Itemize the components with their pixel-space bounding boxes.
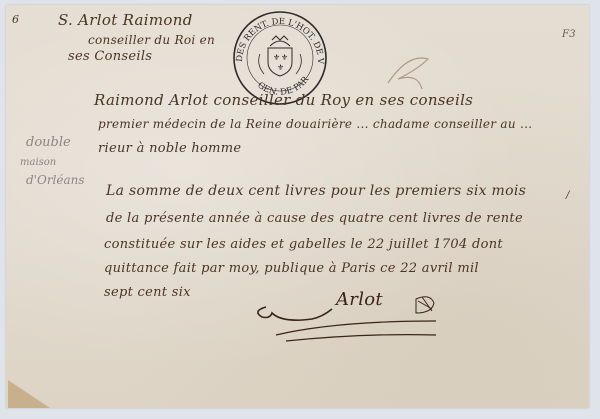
header-note-line-2: conseiller du Roi en (88, 33, 215, 47)
body-line-2: premier médecin de la Reine douairière .… (98, 117, 532, 131)
body-line-6: constituée sur les aides et gabelles le … (104, 237, 503, 252)
margin-note-line-1: double (26, 135, 71, 150)
header-note-line-1: S. Arlot Raimond (58, 11, 193, 29)
margin-note-line-3: d'Orléans (26, 173, 85, 187)
body-line-8: sept cent six (104, 285, 191, 300)
svg-text:⚜: ⚜ (277, 63, 284, 72)
body-line-5: de la présente année à cause des quatre … (106, 211, 523, 226)
fleur-de-lis-shield-icon: ⚜ ⚜ ⚜ (259, 36, 302, 76)
header-note-line-3: ses Conseils (68, 49, 152, 64)
faint-ink-scribble (382, 53, 442, 93)
margin-note-line-2: maison (20, 157, 56, 168)
page-number: 6 (12, 13, 19, 26)
svg-text:⚜: ⚜ (281, 53, 288, 62)
body-line-1: Raimond Arlot conseiller du Roy en ses c… (94, 91, 473, 109)
body-line-4: La somme de deux cent livres pour les pr… (106, 183, 526, 199)
body-line-3: rieur à noble homme (98, 141, 241, 156)
document-paper: 6 F3 S. Arlot Raimond conseiller du Roi … (6, 5, 589, 408)
svg-text:⚜: ⚜ (273, 53, 280, 62)
corner-mark: F3 (562, 29, 576, 40)
folded-corner (8, 380, 50, 408)
body-line-7: quittance fait par moy, publique à Paris… (104, 261, 479, 276)
right-margin-mark: / (566, 190, 570, 201)
signature: Arlot (336, 289, 383, 310)
